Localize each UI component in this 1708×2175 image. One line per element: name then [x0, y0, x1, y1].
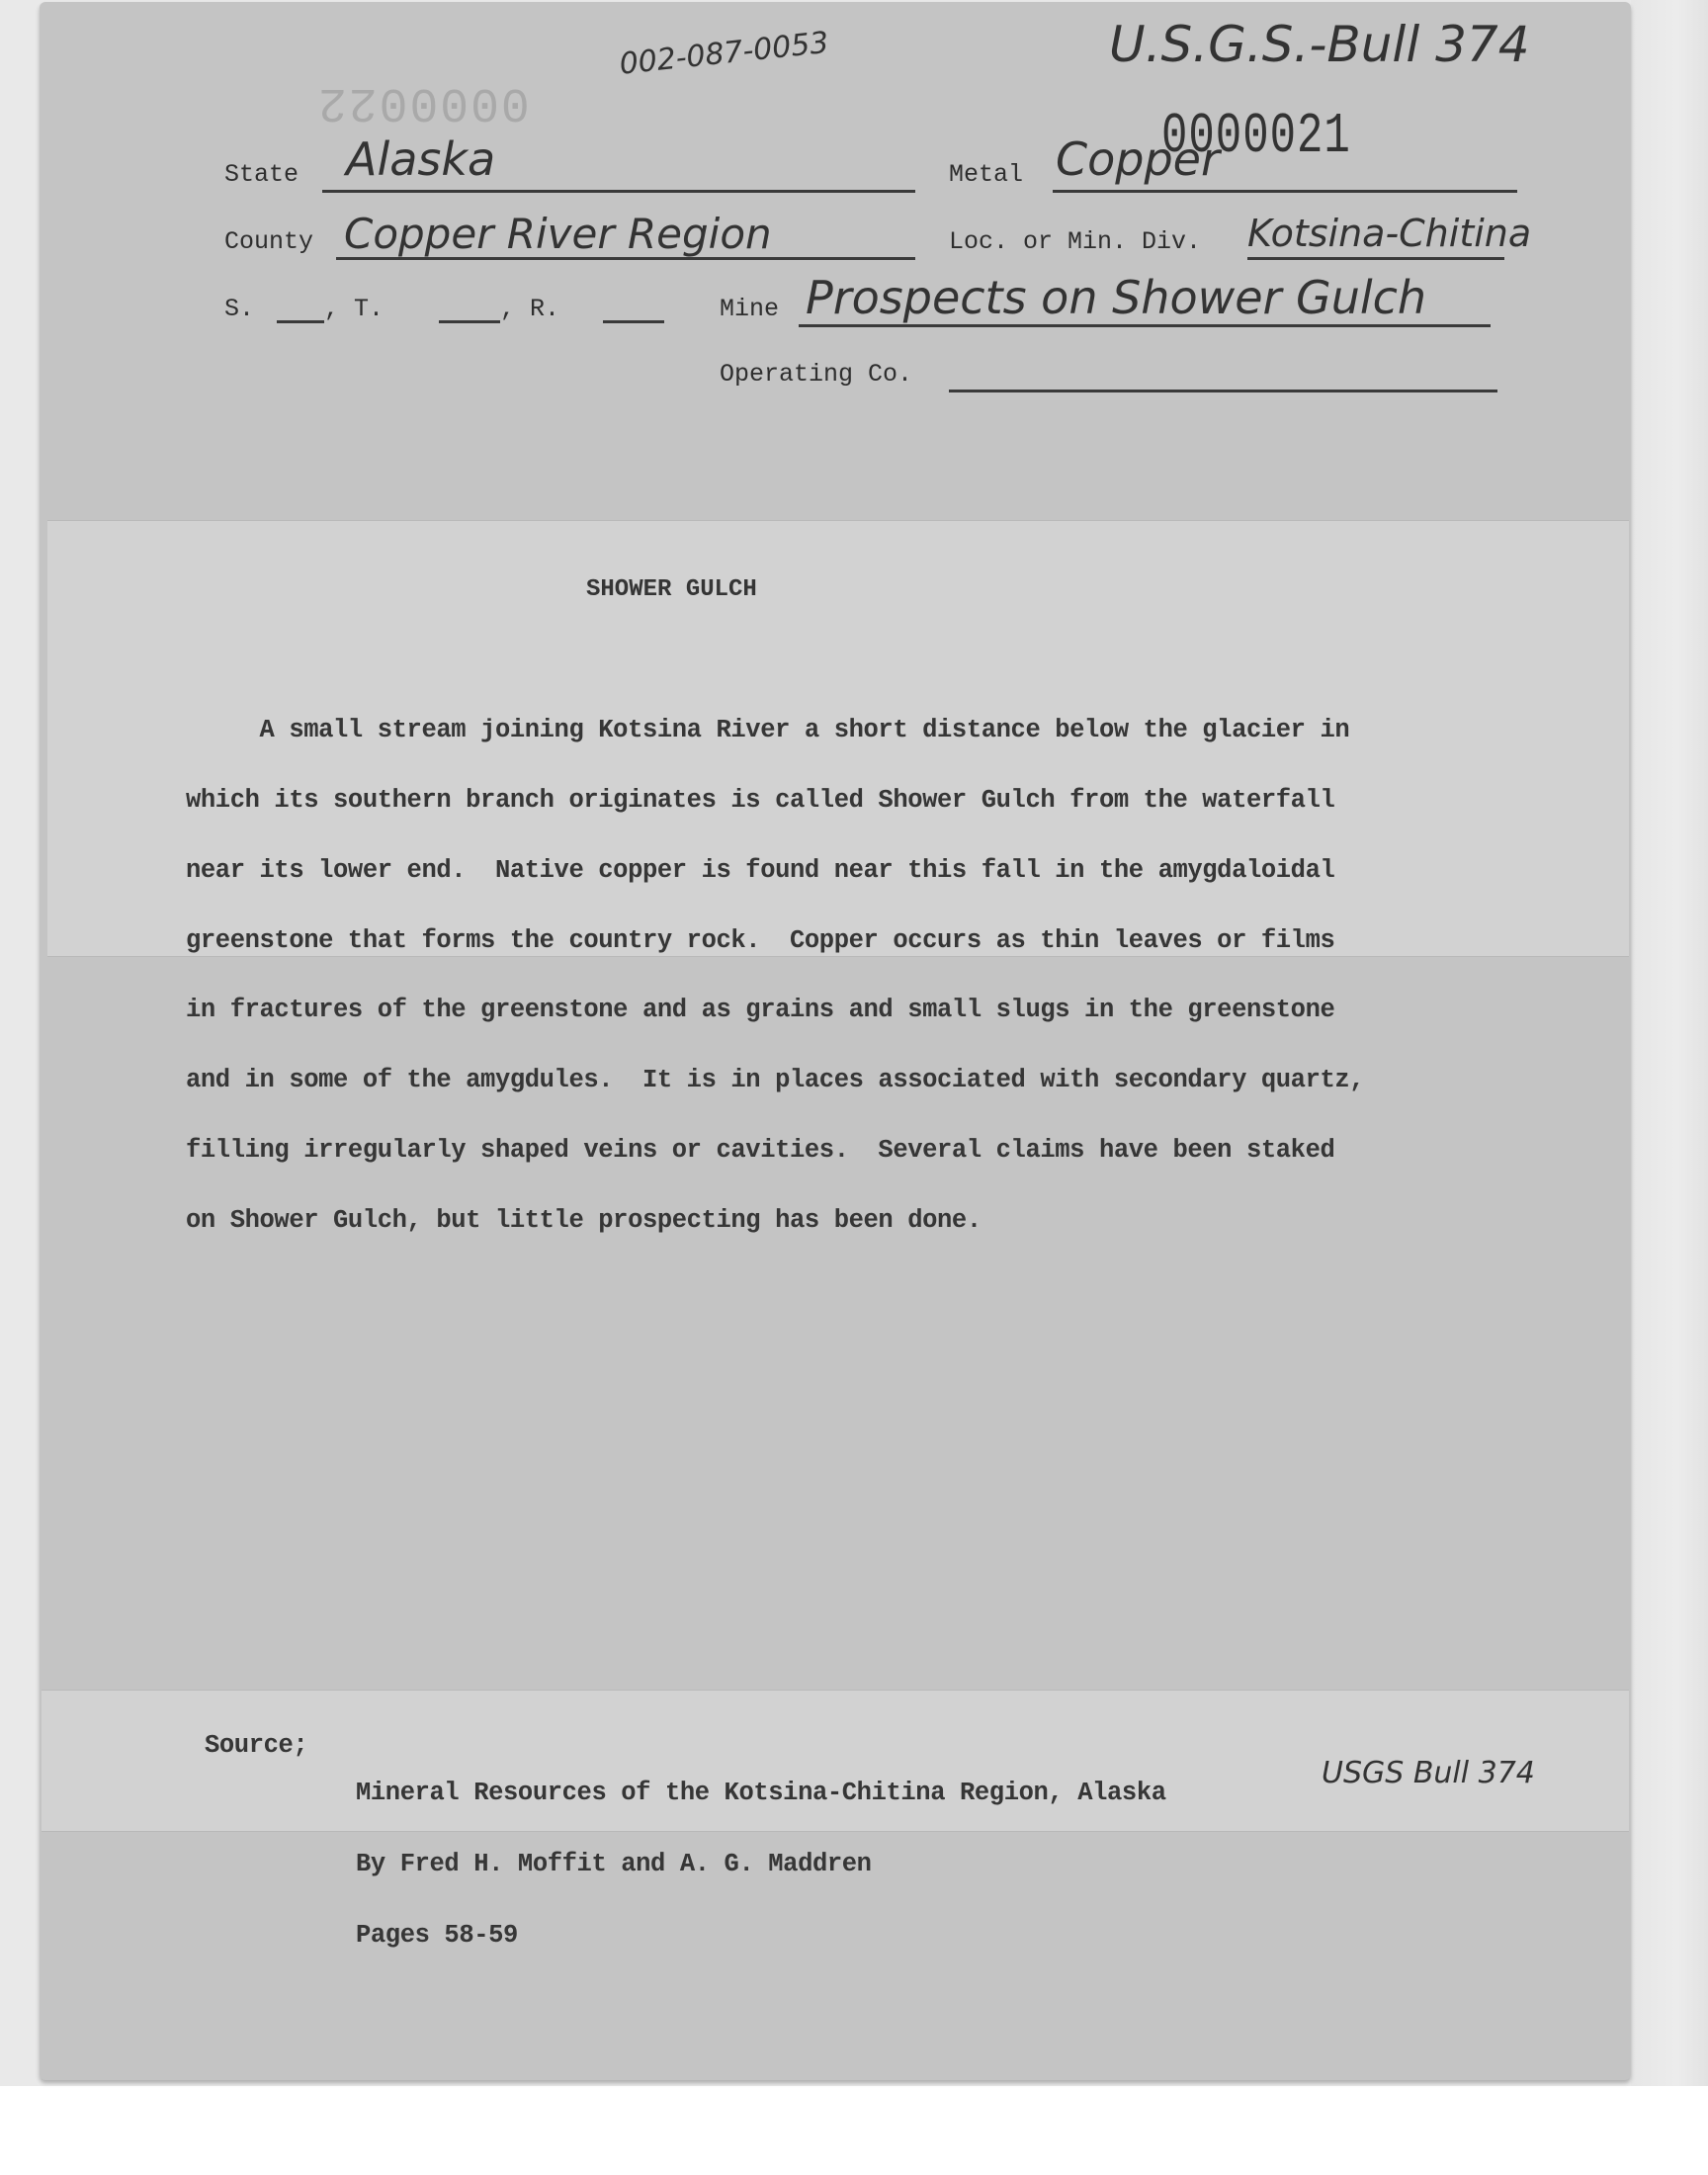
county-label: County	[224, 227, 313, 256]
section-label: S.	[224, 295, 254, 323]
mine-underline	[799, 324, 1491, 327]
township-field[interactable]	[439, 320, 500, 323]
description-title: SHOWER GULCH	[586, 576, 757, 603]
source-pages-line: Pages 58-59	[356, 1924, 1166, 1948]
source-citation: Mineral Resources of the Kotsina-Chitina…	[356, 1734, 1166, 1995]
range-field[interactable]	[603, 320, 664, 323]
handwritten-reference-bottom: USGS Bull 374	[1322, 1756, 1535, 1790]
description-line: near its lower end. Native copper is fou…	[186, 859, 1364, 883]
state-value[interactable]: Alaska	[346, 132, 495, 186]
description-line: and in some of the amygdules. It is in p…	[186, 1069, 1364, 1092]
metal-underline	[1053, 190, 1517, 193]
record-card: U.S.G.S.-Bull 374 002-087-0053 0000022 0…	[40, 2, 1631, 2080]
county-underline	[336, 257, 915, 260]
description-line: on Shower Gulch, but little prospecting …	[186, 1209, 1364, 1233]
description-line: which its southern branch originates is …	[186, 789, 1364, 813]
range-label: , R.	[500, 295, 559, 323]
description-line: in fractures of the greenstone and as gr…	[186, 999, 1364, 1022]
source-strip: Source; Mineral Resources of the Kotsina…	[42, 1691, 1629, 1831]
mine-label: Mine	[720, 295, 779, 323]
description-line: A small stream joining Kotsina River a s…	[186, 719, 1364, 742]
county-value[interactable]: Copper River Region	[344, 210, 772, 258]
source-title-line: Mineral Resources of the Kotsina-Chitina…	[356, 1782, 1166, 1805]
loc-underline	[1247, 257, 1504, 260]
source-authors-line: By Fred H. Moffit and A. G. Maddren	[356, 1853, 1166, 1876]
scan-margin-right	[1631, 0, 1708, 2086]
state-label: State	[224, 160, 299, 189]
description-body: A small stream joining Kotsina River a s…	[186, 672, 1364, 1278]
operating-co-label: Operating Co.	[720, 360, 912, 389]
scan-margin-bottom	[0, 2086, 1708, 2175]
township-label: , T.	[324, 295, 384, 323]
loc-label: Loc. or Min. Div.	[949, 227, 1201, 256]
section-field[interactable]	[277, 320, 324, 323]
ghost-stamp-number: 0000022	[316, 75, 530, 129]
source-label: Source;	[205, 1734, 307, 1757]
loc-value[interactable]: Kotsina-Chitina	[1247, 212, 1531, 255]
metal-label: Metal	[949, 160, 1023, 189]
description-line: filling irregularly shaped veins or cavi…	[186, 1139, 1364, 1163]
description-strip: SHOWER GULCH A small stream joining Kots…	[47, 521, 1629, 956]
state-underline	[322, 190, 915, 193]
description-line: greenstone that forms the country rock. …	[186, 929, 1364, 953]
handwritten-reference-top: U.S.G.S.-Bull 374	[1109, 16, 1530, 73]
mine-value[interactable]: Prospects on Shower Gulch	[806, 271, 1426, 324]
handwritten-file-number: 002-087-0053	[618, 26, 830, 82]
metal-value[interactable]: Copper	[1056, 132, 1220, 186]
operating-co-field[interactable]	[949, 390, 1497, 392]
